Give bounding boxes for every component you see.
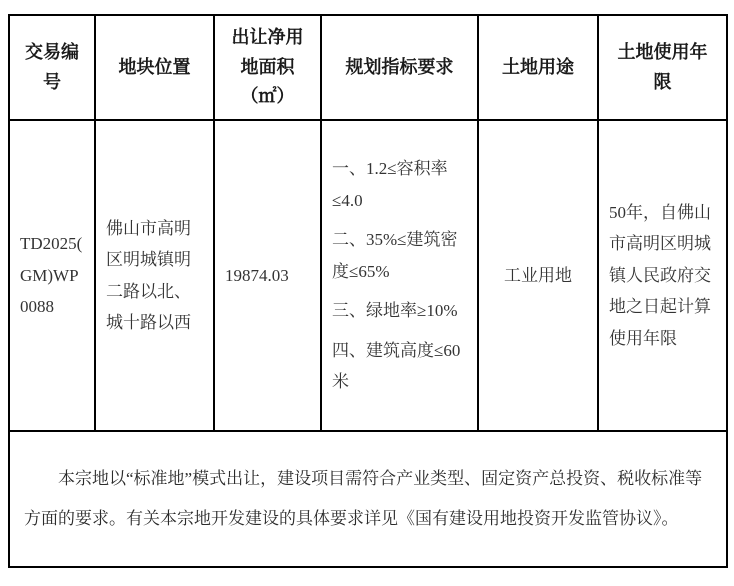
planning-item-height: 四、建筑高度≤60米 <box>332 335 467 398</box>
planning-item-far: 一、1.2≤容积率≤4.0 <box>332 153 467 216</box>
cell-location: 佛山市高明区明城镇明二路以北、城十路以西 <box>95 120 214 431</box>
col-header-land-use: 土地用途 <box>478 15 598 120</box>
note-row: 本宗地以“标准地”模式出让，建设项目需符合产业类型、固定资产总投资、税收标准等方… <box>9 431 727 567</box>
col-header-net-area: 出让净用地面积（㎡） <box>214 15 321 120</box>
cell-land-use: 工业用地 <box>478 120 598 431</box>
col-header-transaction-id: 交易编号 <box>9 15 95 120</box>
table-header-row: 交易编号 地块位置 出让净用地面积（㎡） 规划指标要求 土地用途 土地使用年限 <box>9 15 727 120</box>
cell-tenure: 50年，自佛山市高明区明城镇人民政府交地之日起计算使用年限 <box>598 120 727 431</box>
note-text: 本宗地以“标准地”模式出让，建设项目需符合产业类型、固定资产总投资、税收标准等方… <box>24 459 712 539</box>
document-page: 交易编号 地块位置 出让净用地面积（㎡） 规划指标要求 土地用途 土地使用年限 … <box>0 0 734 586</box>
col-header-planning: 规划指标要求 <box>321 15 478 120</box>
planning-item-green: 三、绿地率≥10% <box>332 295 467 326</box>
table-row: TD2025(GM)WP0088 佛山市高明区明城镇明二路以北、城十路以西 19… <box>9 120 727 431</box>
land-parcel-table: 交易编号 地块位置 出让净用地面积（㎡） 规划指标要求 土地用途 土地使用年限 … <box>8 14 728 568</box>
cell-net-area: 19874.03 <box>214 120 321 431</box>
cell-planning: 一、1.2≤容积率≤4.0 二、35%≤建筑密度≤65% 三、绿地率≥10% 四… <box>321 120 478 431</box>
col-header-location: 地块位置 <box>95 15 214 120</box>
cell-transaction-id: TD2025(GM)WP0088 <box>9 120 95 431</box>
planning-item-density: 二、35%≤建筑密度≤65% <box>332 224 467 287</box>
note-cell: 本宗地以“标准地”模式出让，建设项目需符合产业类型、固定资产总投资、税收标准等方… <box>9 431 727 567</box>
col-header-tenure: 土地使用年限 <box>598 15 727 120</box>
